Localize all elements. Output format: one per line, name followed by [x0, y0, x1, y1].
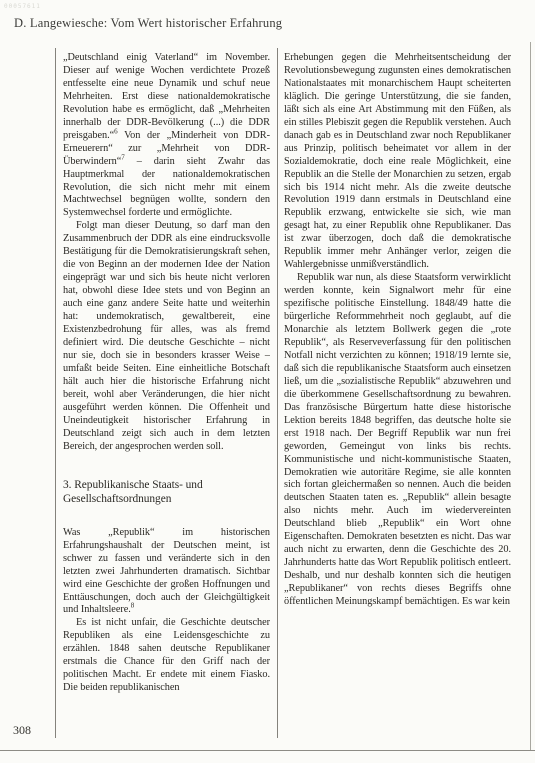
running-header: D. Langewiesche: Vom Wert historischer E… [14, 16, 282, 31]
scan-stamp: 00057611 [4, 3, 41, 10]
column-rule-middle [277, 48, 278, 738]
page-edge-rule-right [530, 42, 531, 750]
page-number: 308 [13, 723, 31, 738]
paragraph: Folgt man dieser Deutung, so darf man de… [63, 220, 270, 453]
page-bottom-rule [0, 750, 535, 751]
paragraph: Republik war nun, als diese Staatsform v… [284, 272, 511, 609]
paragraph: Was „Republik“ im historischen Erfahrung… [63, 527, 270, 618]
paragraph: „Deutschland einig Vaterland“ im Novembe… [63, 52, 270, 220]
column-rule-left [55, 48, 56, 738]
text-column-right: Erhebungen gegen die Mehrheitsentscheidu… [284, 52, 511, 738]
section-heading: 3. Republikanische Staats- und Gesellsch… [63, 478, 270, 507]
text-column-left: „Deutschland einig Vaterland“ im Novembe… [63, 52, 270, 738]
paragraph: Es ist nicht unfair, die Geschichte deut… [63, 617, 270, 695]
scanned-article-page: { "scan": { "stamp": "00057611" }, "head… [0, 0, 535, 763]
paragraph: Erhebungen gegen die Mehrheitsentscheidu… [284, 52, 511, 272]
